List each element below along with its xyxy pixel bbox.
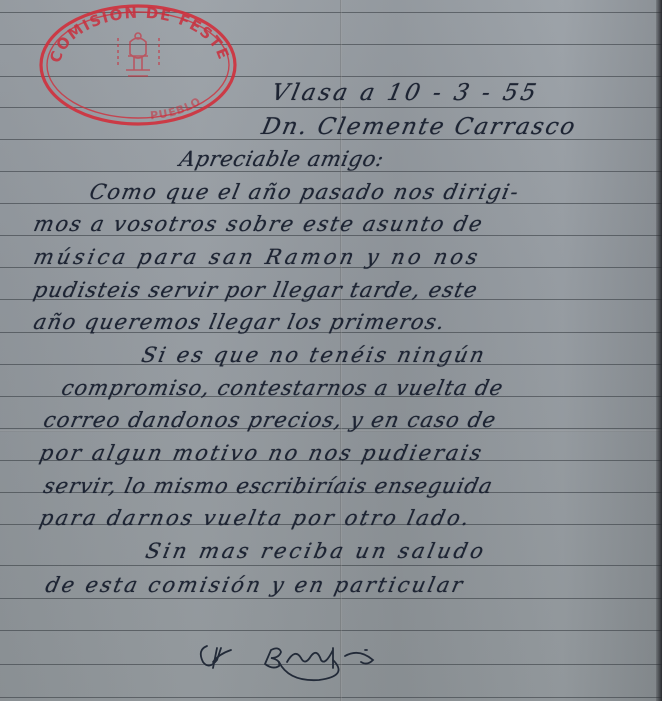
ruled-line — [0, 630, 662, 631]
body-line: Si es que no tenéis ningún — [139, 343, 488, 367]
ruled-line — [0, 171, 662, 172]
coat-of-arms-icon — [118, 33, 159, 76]
place-and-date: Vlasa a 10 - 3 - 55 — [269, 80, 541, 106]
rubber-stamp: COMISION DE FESTEJOS PUEBLO — [38, 2, 238, 128]
salutation: Apreciable amigo: — [177, 147, 386, 171]
letter-page: COMISION DE FESTEJOS PUEBLO Vlasa a 10 -… — [0, 0, 662, 701]
ruled-line — [0, 565, 662, 566]
ruled-line — [0, 697, 662, 698]
body-line: mos a vosotros sobre este asunto de — [31, 212, 486, 236]
paper-edge-shadow — [656, 0, 662, 701]
body-line: compromiso, contestarnos a vuelta de — [59, 376, 505, 400]
body-line: por algun motivo no nos pudierais — [37, 441, 485, 465]
body-line: año queremos llegar los primeros. — [31, 310, 448, 334]
body-line: de esta comisión y en particular — [43, 573, 467, 597]
stamp-seal-icon: COMISION DE FESTEJOS PUEBLO — [38, 2, 238, 128]
recipient-name: Dn. Clemente Carrasco — [259, 114, 579, 140]
body-line: pudisteis servir por llegar tarde, este — [31, 278, 480, 302]
body-line: para darnos vuelta por otro lado. — [37, 506, 473, 530]
body-line: correo dandonos precios, y en caso de — [41, 408, 499, 432]
signature: A. Martín — [195, 632, 395, 687]
ruled-line — [0, 598, 662, 599]
body-line: música para san Ramon y no nos — [31, 245, 483, 269]
signature-scribble-icon — [195, 632, 395, 687]
body-line: servir, lo mismo escribiríais enseguida — [41, 474, 495, 498]
body-line: Como que el año pasado nos dirigi- — [87, 180, 522, 204]
body-line: Sin mas reciba un saludo — [143, 539, 488, 563]
